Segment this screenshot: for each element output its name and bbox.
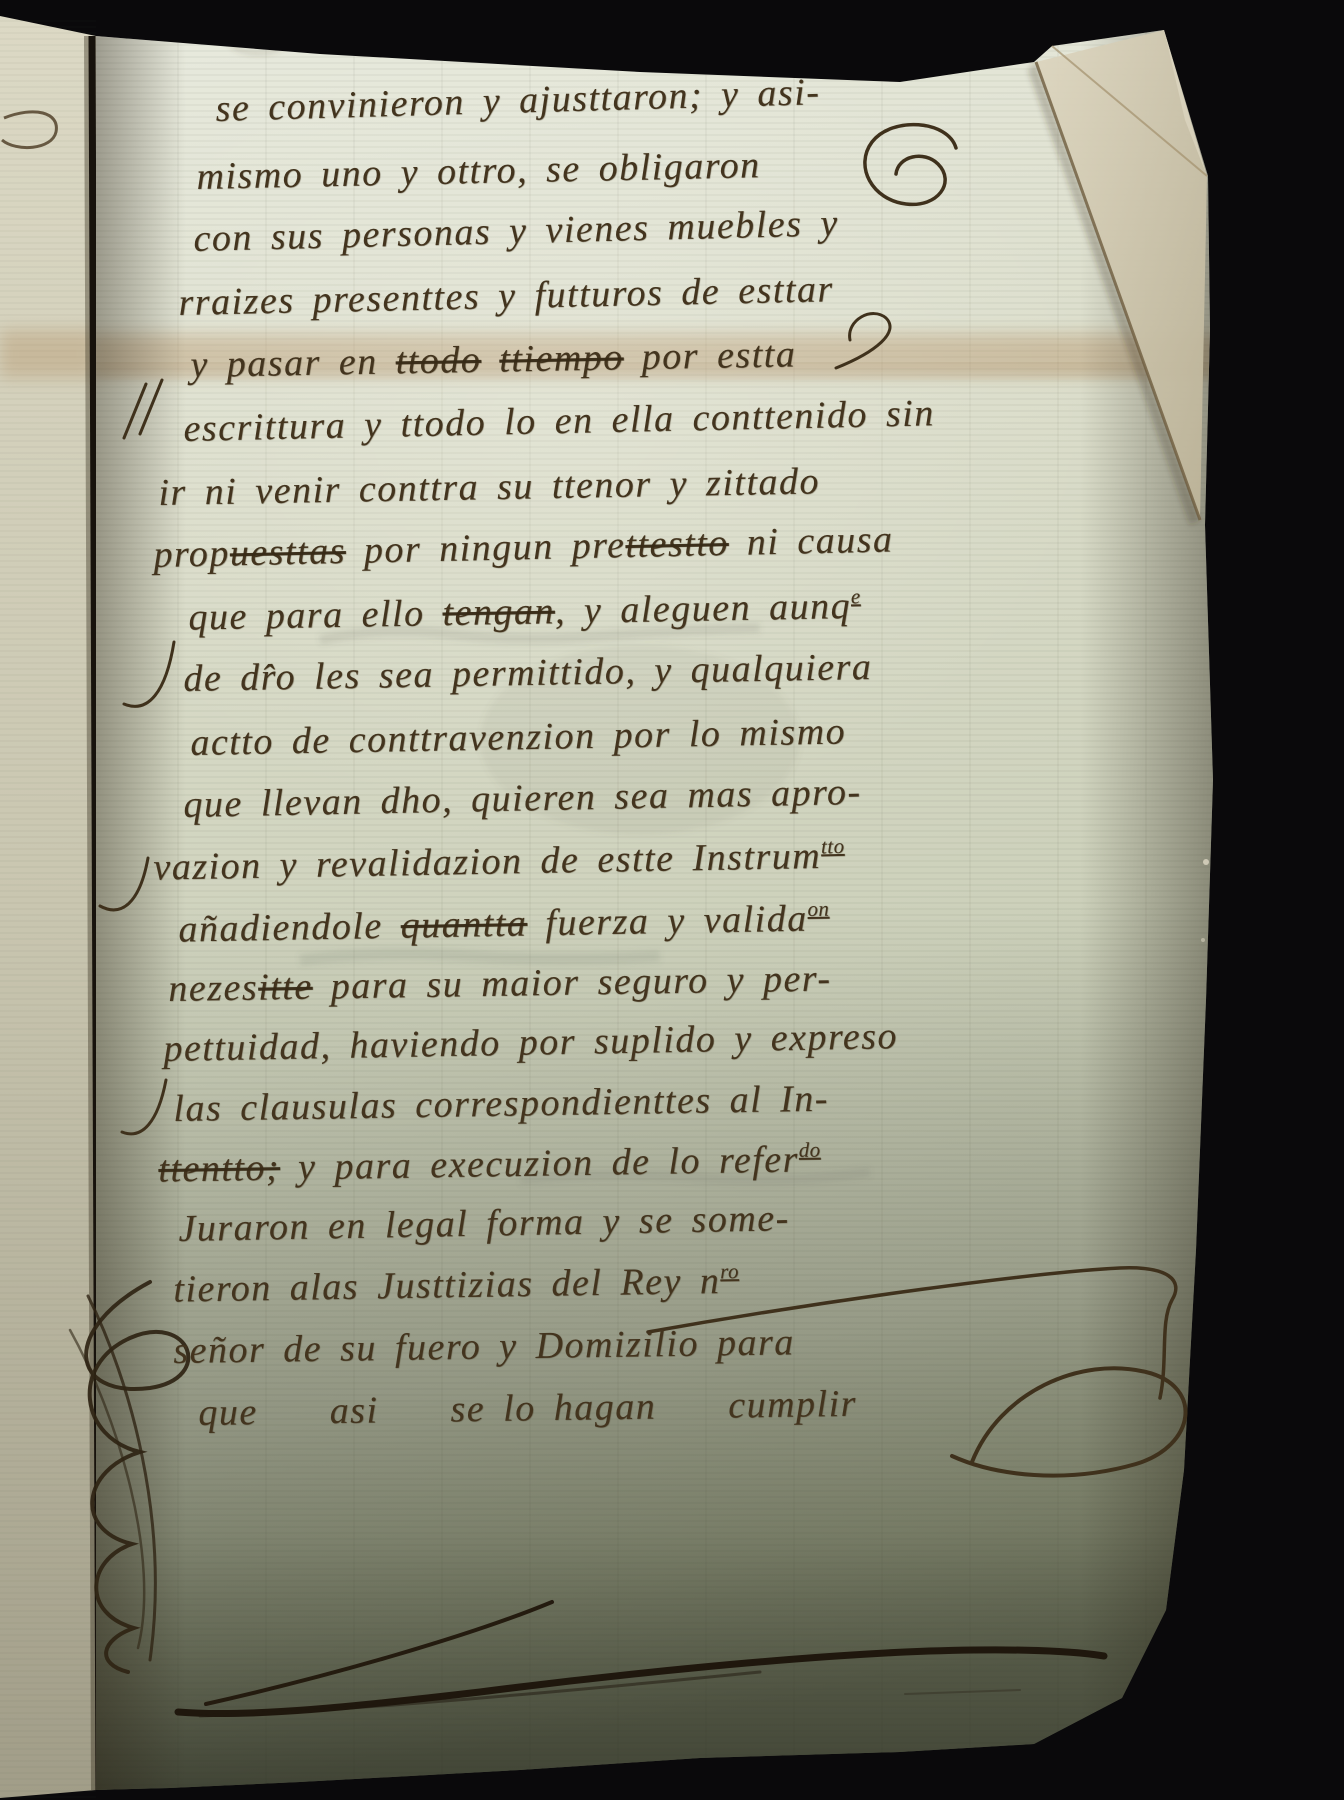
handwritten-text: , y aleguen aunq xyxy=(555,585,852,632)
manuscript-line-1: se convinieron y ajusttaron; y asi- xyxy=(215,71,821,132)
manuscript-line-18: ttentto; y para execuzion de lo referdo xyxy=(158,1138,821,1193)
manuscript-line-13: vazion y revalidazion de estte Instrumtt… xyxy=(153,834,845,890)
manuscript-line-16: pettuidad, haviendo por suplido y expres… xyxy=(163,1015,898,1072)
handwritten-text: Juraron en legal forma y se some- xyxy=(178,1197,790,1250)
superscript-abbreviation: do xyxy=(799,1138,821,1162)
superscript-abbreviation: tto xyxy=(821,834,845,858)
handwritten-text: y pasar en xyxy=(190,340,396,386)
manuscript-line-21: señor de su fuero y Domizilio para xyxy=(173,1321,795,1373)
struck-word: tengan xyxy=(442,590,555,634)
handwritten-text: que asi se lo hagan cumplir xyxy=(198,1383,857,1434)
manuscript-line-2: mismo uno y ottro, se obligaron xyxy=(196,144,761,199)
manuscript-line-17: las clausulas correspondienttes al In- xyxy=(173,1078,829,1132)
handwritten-text: rraizes presenttes y futturos de esttar xyxy=(178,268,834,324)
manuscript-line-14: añadiendole quantta fuerza y validaon xyxy=(178,897,830,953)
handwritten-text: actto de conttravenzion por lo mismo xyxy=(190,711,846,764)
handwritten-text: ni causa xyxy=(728,518,894,563)
manuscript-line-3: con sus personas y vienes muebles y xyxy=(193,202,839,261)
handwritten-text: prop xyxy=(153,532,230,576)
handwritten-text: y para execuzion de lo refer xyxy=(280,1139,799,1189)
handwritten-text: nezes xyxy=(168,967,258,1010)
handwritten-text: pettuidad, haviendo por suplido y expres… xyxy=(163,1015,898,1070)
manuscript-line-5: y pasar en ttodo ttiempo por estta xyxy=(190,333,797,387)
manuscript-photograph: se convinieron y ajusttaron; y asi-mismo… xyxy=(0,0,1344,1800)
manuscript-line-10: de dr̂o les sea permittido, y qualquiera xyxy=(183,646,873,702)
manuscript-line-6: escrittura y ttodo lo en ella conttenido… xyxy=(183,392,935,451)
handwritten-text: fuerza y valida xyxy=(527,898,808,945)
manuscript-line-9: que para ello tengan, y aleguen aunqe xyxy=(188,584,861,640)
handwritten-text: por ningun pre xyxy=(345,524,625,572)
handwritten-text: de dr̂o les sea permittido, y qualquiera xyxy=(183,646,873,700)
struck-word: ttestto xyxy=(625,522,729,566)
manuscript-line-8: propuesttas por ningun prettestto ni cau… xyxy=(153,518,894,577)
struck-word: ttiempo xyxy=(499,336,624,380)
handwritten-text: que llevan dho, quieren sea mas apro- xyxy=(183,771,862,826)
handwritten-text: para su maior seguro y per- xyxy=(312,958,831,1008)
handwritten-text: añadiendole xyxy=(178,905,401,951)
handwritten-text: que para ello xyxy=(188,592,443,638)
struck-word: uesttas xyxy=(229,530,346,574)
handwritten-text: señor de su fuero y Domizilio para xyxy=(173,1321,795,1372)
manuscript-line-19: Juraron en legal forma y se some- xyxy=(178,1197,790,1251)
manuscript-line-11: actto de conttravenzion por lo mismo xyxy=(190,711,846,766)
manuscript-line-20: tieron alas Justtizias del Rey nro xyxy=(173,1259,739,1312)
handwritten-text: escrittura y ttodo lo en ella conttenido… xyxy=(183,392,935,450)
handwritten-text: tieron alas Justtizias del Rey n xyxy=(173,1260,721,1311)
handwritten-text: por estta xyxy=(623,333,796,378)
handwritten-text: mismo uno y ottro, se obligaron xyxy=(196,144,761,198)
manuscript-text: se convinieron y ajusttaron; y asi-mismo… xyxy=(0,0,1344,1800)
manuscript-line-7: ir ni venir conttra su ttenor y zittado xyxy=(158,460,820,515)
manuscript-line-22: que asi se lo hagan cumplir xyxy=(198,1383,857,1436)
superscript-abbreviation: e xyxy=(851,584,861,608)
handwritten-text: vazion y revalidazion de estte Instrum xyxy=(153,835,822,889)
manuscript-line-12: que llevan dho, quieren sea mas apro- xyxy=(183,771,862,828)
handwritten-text xyxy=(481,339,500,381)
struck-word: itte xyxy=(258,966,313,1009)
struck-word: ttentto; xyxy=(158,1147,280,1191)
superscript-abbreviation: on xyxy=(807,897,829,921)
struck-word: quantta xyxy=(400,903,527,947)
handwritten-text: se convinieron y ajusttaron; y asi- xyxy=(215,71,821,130)
struck-word: ttodo xyxy=(395,339,481,382)
handwritten-text: las clausulas correspondienttes al In- xyxy=(173,1078,829,1130)
manuscript-line-4: rraizes presenttes y futturos de esttar xyxy=(178,268,834,325)
handwritten-text: ir ni venir conttra su ttenor y zittado xyxy=(158,460,820,514)
manuscript-line-15: nezesitte para su maior seguro y per- xyxy=(168,958,832,1012)
handwritten-text: con sus personas y vienes muebles y xyxy=(193,202,839,260)
superscript-abbreviation: ro xyxy=(720,1259,739,1283)
